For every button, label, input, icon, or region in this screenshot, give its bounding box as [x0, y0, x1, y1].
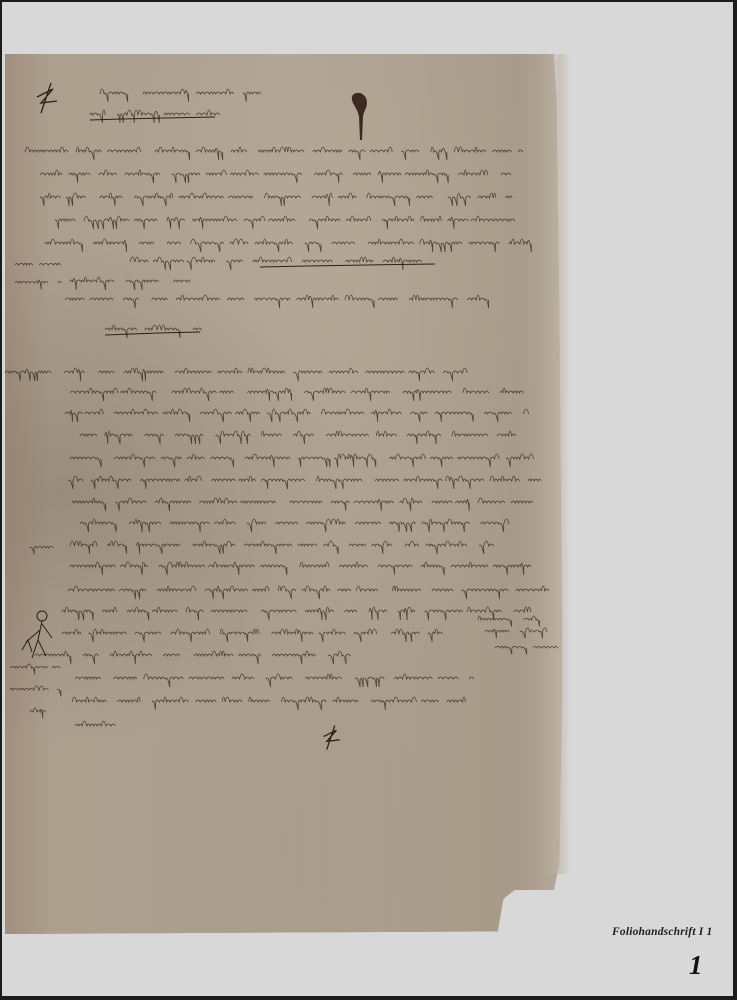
handwritten-line: [72, 697, 465, 710]
margin-note: [10, 686, 61, 696]
underline: [260, 264, 435, 267]
handwritten-line: [35, 651, 351, 664]
handwritten-line: [70, 541, 494, 554]
handwritten-line: [70, 562, 531, 575]
margin-note: [15, 280, 62, 289]
folio-mark-top: [37, 83, 57, 113]
handwritten-line: [105, 325, 202, 338]
handwritten-line: [65, 295, 489, 308]
handwritten-line: [62, 629, 442, 642]
margin-note: [10, 664, 60, 674]
handwritten-line: [68, 476, 541, 489]
handwritten-line: [70, 277, 190, 290]
underline: [105, 332, 200, 335]
handwritten-line: [62, 607, 531, 620]
margin-note: [478, 616, 540, 626]
folio-mark-bottom: [324, 725, 340, 749]
handwritten-line: [40, 170, 511, 183]
handwritten-line: [75, 674, 474, 687]
marginal-sketch-icon: [22, 611, 52, 658]
margin-note: [30, 546, 53, 554]
margin-note: [30, 708, 46, 718]
handwritten-line: [45, 239, 531, 252]
handwritten-line: [100, 89, 261, 102]
ink-blot: [352, 93, 367, 140]
handwritten-line: [70, 454, 534, 467]
handwritten-line: [55, 216, 515, 229]
handwritten-line: [80, 519, 509, 532]
margin-note: [485, 628, 547, 638]
handwritten-line: [70, 388, 524, 401]
handwritten-line: [5, 368, 467, 381]
handwritten-line: [68, 586, 549, 599]
handwritten-line: [90, 110, 220, 123]
handwritten-line: [25, 147, 523, 160]
handwritten-line: [130, 257, 422, 270]
margin-note: [495, 646, 558, 654]
handwritten-line: [80, 431, 516, 444]
margin-note: [15, 263, 61, 265]
handwritten-line: [75, 721, 116, 726]
folio-caption: Foliohandschrift I 1: [612, 926, 713, 938]
underline: [90, 117, 215, 120]
handwritten-line: [40, 193, 512, 206]
handwritten-line: [65, 409, 529, 422]
handwriting-layer: [0, 0, 737, 1000]
handwritten-line: [72, 498, 533, 511]
page-number: 1: [689, 950, 703, 981]
